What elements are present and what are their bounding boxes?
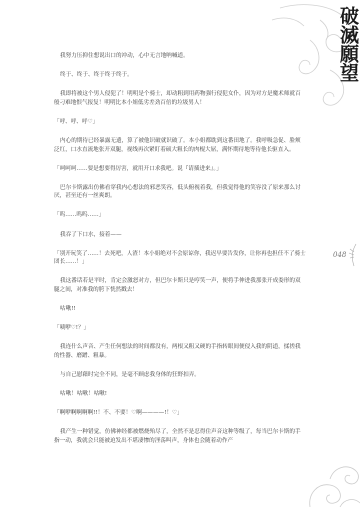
book-title: 破滅願望 (334, 6, 358, 82)
sound-effect: 咕啾!! (54, 305, 306, 314)
decorative-swirl-ornament-icon (300, 449, 360, 509)
paragraph: 内心的期待已经暴露无遗，算了被他识破就识破了。本小姐都耽到这番田地了。我呼吸急促… (54, 137, 306, 154)
paragraph: 我这番话若是平时，肯定会激怒对方，但巴尔卡斯只是哼笑一声，便将手伸进我那张开成娄… (54, 277, 306, 294)
paragraph: 巴尔卡斯露出仿佛看穿我内心想法的邪恶笑容，低头俯视着我，但我觉得他的笑容没了原来… (54, 184, 306, 201)
dialogue-line: 「咦咿♡!？」 (54, 324, 306, 333)
body-text: 我努力压抑住想说出口的冲动，心中无言地呐喊道。 终于、终于、终于终于终于。 我即… (54, 52, 306, 456)
dialogue-line: 「啊咿啊啊啊啊!!！不、不要！♡啊————!！♡」 (54, 409, 306, 418)
book-page: 破滅願望 048 我努力压抑住想说出口的冲动，心中无言地呐喊道。 终于、终于、终… (0, 0, 360, 509)
page-marker-feather-icon (348, 243, 358, 267)
page-number: 048 (333, 251, 346, 259)
paragraph: 我吞了下口水，接着—— (54, 231, 306, 240)
paragraph: 与自己慰藉时完全不同，是毫不顾虑我身体的狂野扣弄。 (54, 371, 306, 380)
dialogue-line: 「呼、呼、呼♡」 (54, 118, 306, 127)
sound-effect: 咕啾！咕啾！咕啾! (54, 390, 306, 399)
dialogue-line: 「别开玩笑了……！去死吧，人渣！本小姐绝对不会原谅你，我迟早要告发你，让你再也担… (54, 250, 306, 267)
paragraph: 我即将被这个男人侵犯了！明明是个骑士，却动粗到用药物强行侵犯女仆，因为对方是魔术… (54, 90, 306, 107)
paragraph: 我连什么声音、产生任何想法的时间都没有，两根又粗又硬的手指转眼间便侵入我的阴道，… (54, 343, 306, 360)
dialogue-line: 「呵呵呵……要是想要得厉害，就用开口求我吧。说『请插进来』。」 (54, 165, 306, 174)
paragraph: 终于、终于、终于终于终于。 (54, 71, 306, 80)
paragraph: 我产生一种错觉，仿佛神经都被燃烧殆尽了，全然不是忍得住声音这种等级了，每当巴尔卡… (54, 428, 306, 445)
dialogue-line: 「呜……呜呜……」 (54, 211, 306, 220)
paragraph: 我努力压抑住想说出口的冲动，心中无言地呐喊道。 (54, 52, 306, 61)
